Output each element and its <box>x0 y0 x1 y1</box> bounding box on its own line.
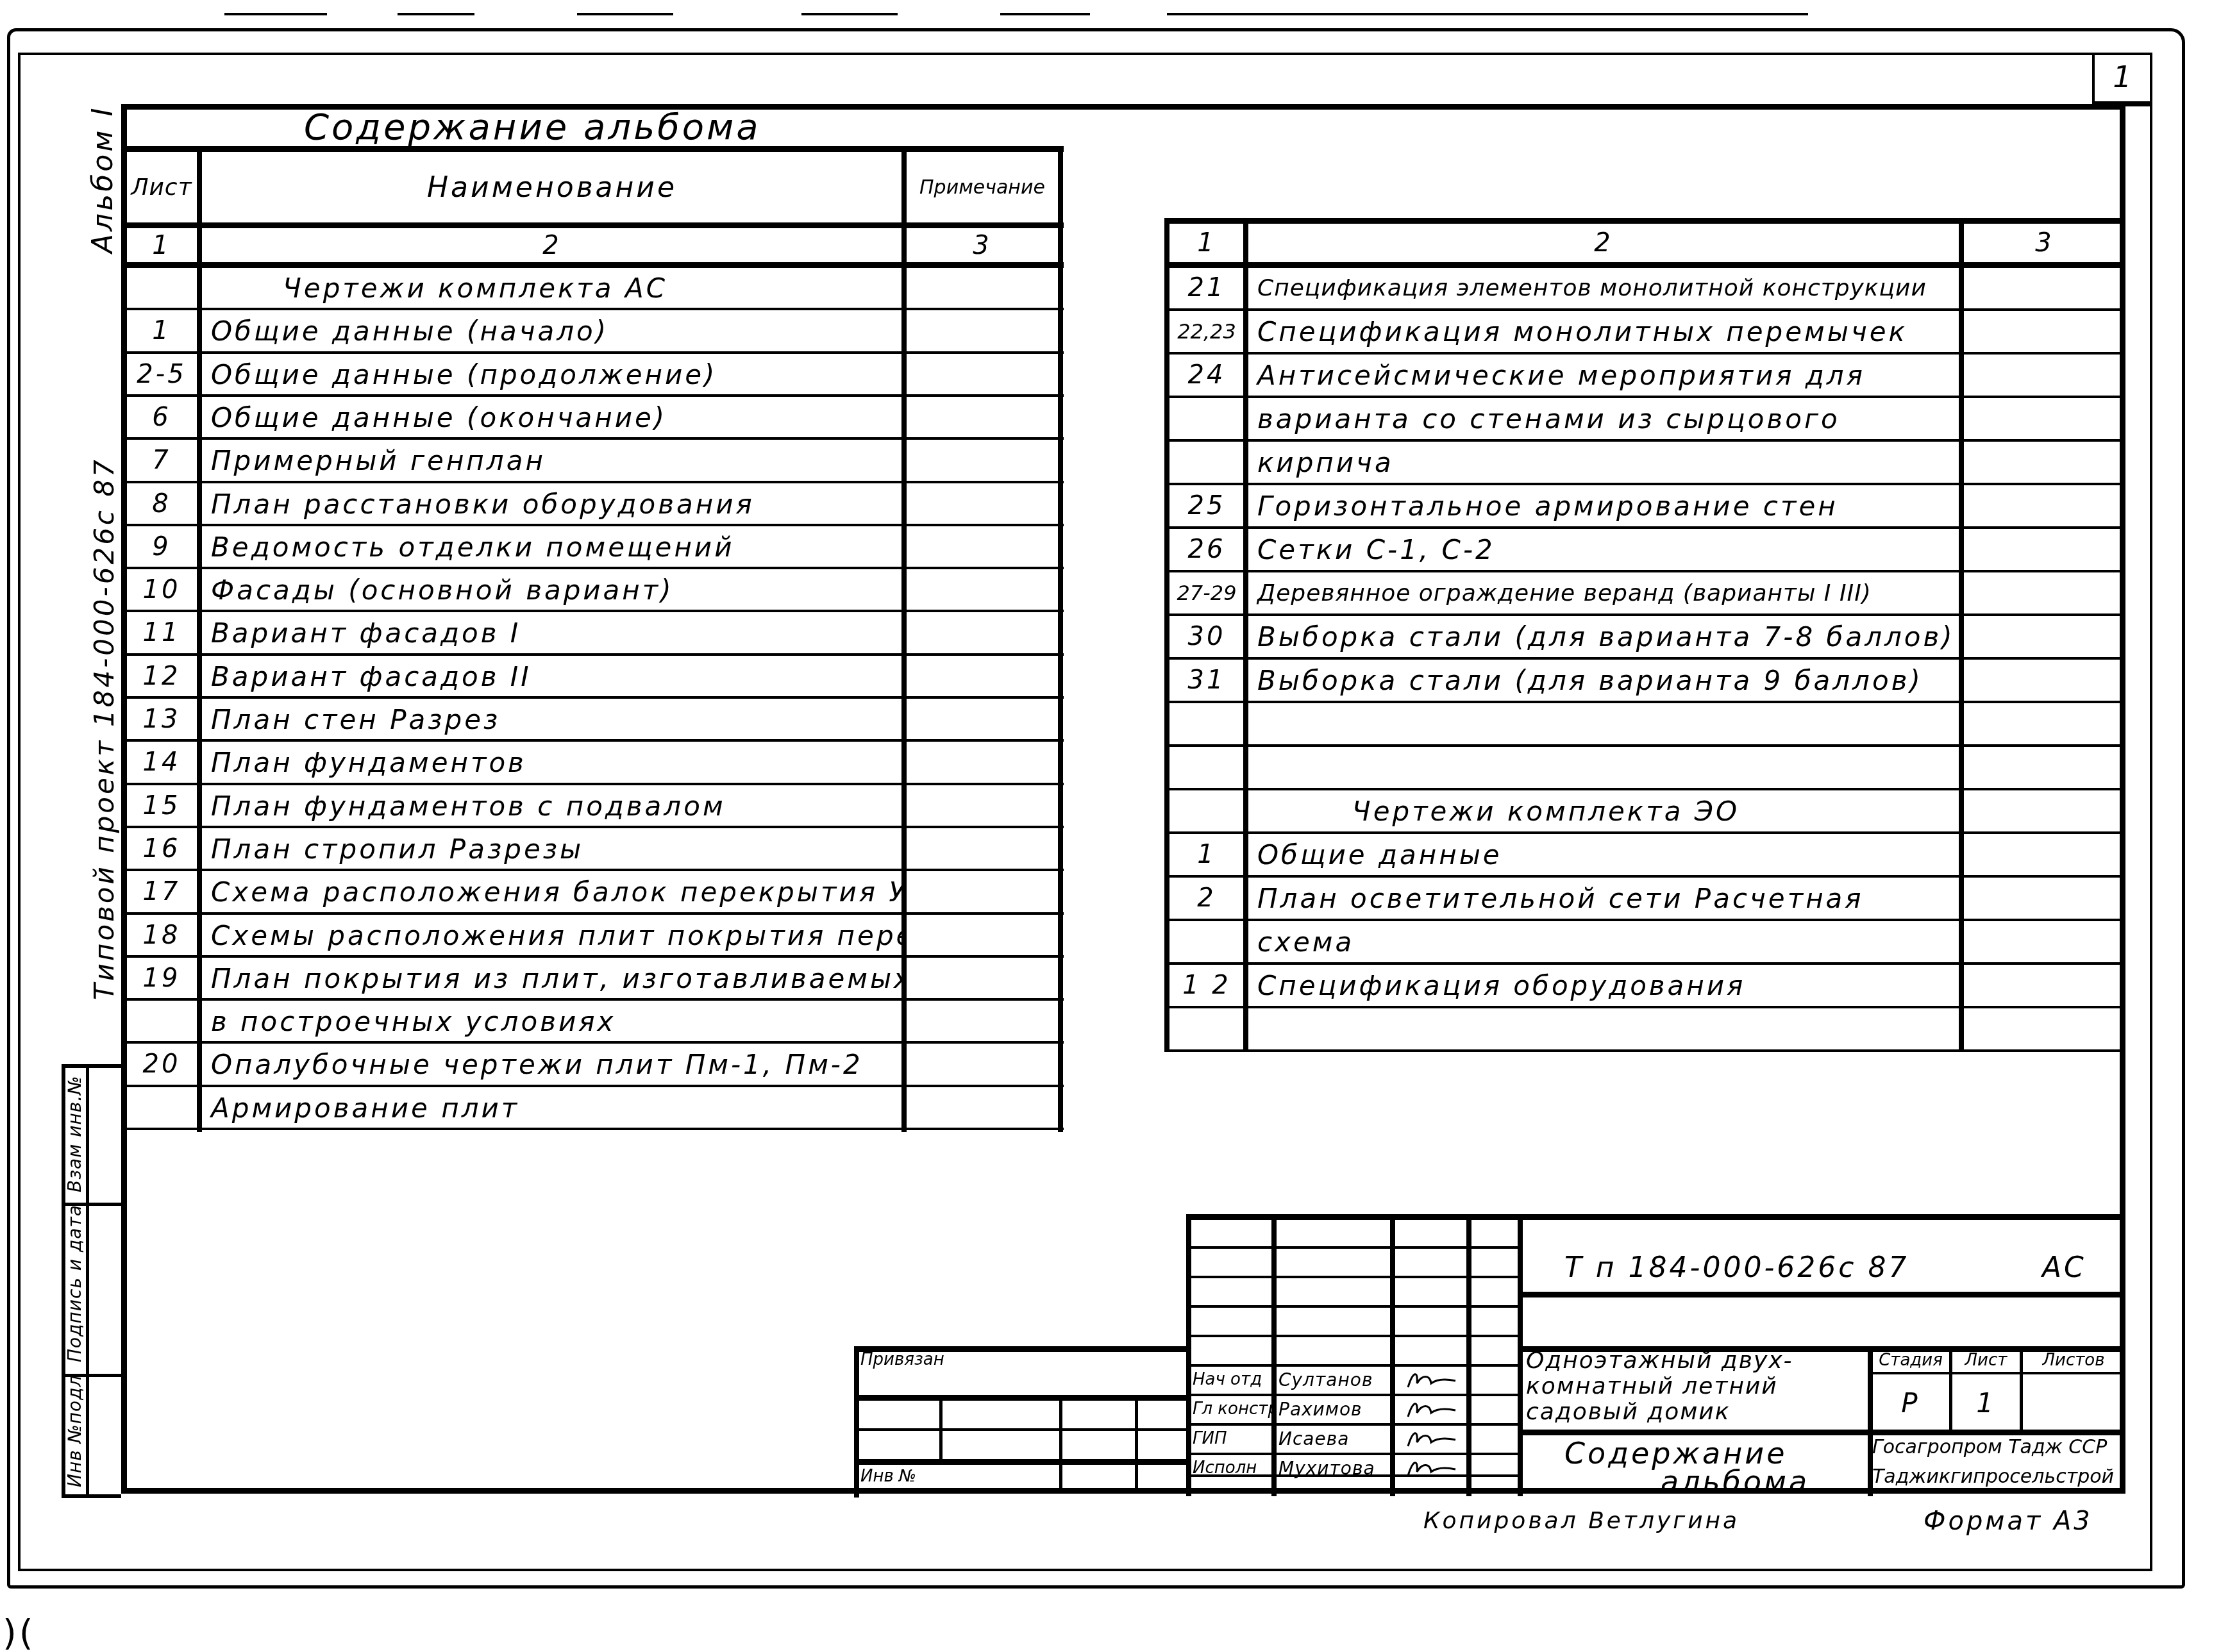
signature-mark-icon <box>1395 1454 1466 1482</box>
row-note <box>907 571 1058 609</box>
row-note <box>907 269 1058 307</box>
row-name: в построечных условиях <box>202 1002 902 1040</box>
row-note <box>907 743 1058 781</box>
row-name: Ведомость отделки помещений <box>202 528 902 566</box>
row-name: Деревянное ограждение веранд (варианты I… <box>1248 574 1959 612</box>
row-sheet: 13 <box>126 700 197 738</box>
document-designation: Т п 184-000-626с 87 <box>1564 1251 1909 1284</box>
row-name: Антисейсмические мероприятия для <box>1248 356 1959 394</box>
scan-mark <box>398 13 474 15</box>
bound-label: Привязан <box>860 1350 944 1369</box>
sheets-value <box>2023 1376 2124 1430</box>
row-name: Фасады (основной вариант) <box>202 571 902 609</box>
row-name: Армирование плит <box>202 1089 902 1127</box>
contents-title: Содержание альбома <box>295 106 872 147</box>
col-number-3: 3 <box>907 228 1058 263</box>
row-name: Выборка стали (для варианта 9 баллов) <box>1248 661 1959 699</box>
row-note <box>1964 922 2125 961</box>
row-sheet: 14 <box>126 743 197 781</box>
project-label: Типовой проект 184-000-626с 87 <box>88 457 120 1000</box>
row-note <box>1964 705 2125 743</box>
row-sheet: 1 2 <box>1169 966 1244 1005</box>
row-note <box>1964 399 2125 438</box>
row-note <box>907 700 1058 738</box>
col-number-1: 1 <box>126 228 197 263</box>
row-note <box>1964 792 2125 830</box>
row-name <box>1248 748 1959 787</box>
row-name: Вариант фасадов I <box>202 613 902 652</box>
right-col-number-2: 2 <box>1248 224 1959 262</box>
row-note <box>1964 835 2125 874</box>
row-sheet: 6 <box>126 398 197 437</box>
row-name: Сетки С-1, С-2 <box>1248 530 1959 569</box>
row-name: схема <box>1248 922 1959 961</box>
row-name: Общие данные <box>1248 835 1959 874</box>
row-sheet: 1 <box>1169 835 1244 874</box>
sheet-number-box: 1 <box>2092 53 2152 106</box>
sheet-title-line-2: альбома <box>1661 1464 1809 1499</box>
row-sheet: 19 <box>126 959 197 997</box>
row-name: Спецификация элементов монолитной констр… <box>1248 269 1959 307</box>
row-name: Спецификация монолитных перемычек <box>1248 312 1959 351</box>
row-sheet: 12 <box>126 657 197 696</box>
header-sheet: Лист <box>126 152 197 222</box>
row-name: План стропил Разрезы <box>202 830 902 868</box>
row-note <box>1964 617 2125 656</box>
row-sheet: 21 <box>1169 269 1244 307</box>
set-code: АС <box>2042 1251 2086 1284</box>
row-note <box>1964 966 2125 1005</box>
row-sheet: 1 <box>126 312 197 350</box>
row-sheet: 16 <box>126 830 197 868</box>
row-note <box>907 528 1058 566</box>
signature-mark-icon <box>1395 1395 1466 1423</box>
row-sheet <box>126 1089 197 1127</box>
row-note <box>907 959 1058 997</box>
row-name: Схемы расположения плит покрытия перемыч… <box>202 916 902 955</box>
row-sheet: 2-5 <box>126 355 197 394</box>
header-note: Примечание <box>907 152 1058 222</box>
row-name <box>1248 705 1959 743</box>
row-sheet <box>1169 443 1244 481</box>
row-note <box>907 613 1058 652</box>
row-note <box>907 1089 1058 1127</box>
scan-mark <box>1000 13 1090 15</box>
row-name: Спецификация оборудования <box>1248 966 1959 1005</box>
row-sheet <box>1169 748 1244 787</box>
signature-name: Султанов <box>1276 1365 1390 1394</box>
row-name <box>1248 1010 1959 1048</box>
row-note <box>1964 312 2125 351</box>
row-name: План расстановки оборудования <box>202 485 902 523</box>
row-sheet: 30 <box>1169 617 1244 656</box>
signature-role: ГИП <box>1190 1424 1272 1453</box>
row-name: План покрытия из плит, изготавливаемых <box>202 959 902 997</box>
row-name: варианта со стенами из сырцового <box>1248 399 1959 438</box>
row-note <box>907 355 1058 394</box>
row-sheet: 26 <box>1169 530 1244 569</box>
right-col-number-1: 1 <box>1169 224 1244 262</box>
row-note <box>907 916 1058 955</box>
signature-role: Нач отд <box>1190 1365 1272 1394</box>
row-sheet <box>1169 1010 1244 1048</box>
signature-role: Гл констр <box>1190 1395 1272 1423</box>
row-name: Примерный генплан <box>202 441 902 480</box>
row-sheet: 31 <box>1169 661 1244 699</box>
row-sheet <box>1169 399 1244 438</box>
row-note <box>1964 356 2125 394</box>
row-sheet: 27-29 <box>1169 574 1244 612</box>
sheets-header: Листов <box>2023 1349 2124 1372</box>
row-note <box>1964 269 2125 307</box>
row-sheet: 15 <box>126 787 197 825</box>
row-name: Общие данные (начало) <box>202 312 902 350</box>
signature-mark-icon <box>1395 1424 1466 1453</box>
row-note <box>907 830 1058 868</box>
stage-value: Р <box>1872 1376 1949 1430</box>
row-name: Опалубочные чертежи плит Пм-1, Пм-2 <box>202 1045 902 1083</box>
signature-mark-icon <box>1395 1365 1466 1394</box>
row-note <box>907 872 1058 911</box>
row-note <box>907 398 1058 437</box>
row-sheet <box>1169 792 1244 830</box>
row-sheet: 10 <box>126 571 197 609</box>
scan-mark <box>577 13 673 15</box>
row-name: Чертежи комплекта ЭО <box>1248 792 1959 830</box>
sheet-value: 1 <box>1952 1376 2020 1430</box>
row-note <box>1964 1010 2125 1048</box>
scan-artifact: )( <box>3 1612 36 1652</box>
row-sheet: 17 <box>126 872 197 911</box>
sheet-header: Лист <box>1952 1349 2020 1372</box>
row-note <box>1964 879 2125 917</box>
row-name: Общие данные (окончание) <box>202 398 902 437</box>
stage-header: Стадия <box>1872 1349 1949 1372</box>
row-note <box>907 485 1058 523</box>
row-note <box>1964 661 2125 699</box>
row-sheet: 25 <box>1169 487 1244 525</box>
row-name: Схема расположения балок перекрытия Узлы <box>202 872 902 911</box>
header-name: Наименование <box>202 152 902 222</box>
row-note <box>1964 487 2125 525</box>
signature-name: Рахимов <box>1276 1395 1390 1423</box>
signature-role: Исполн <box>1190 1454 1272 1482</box>
object-name-line-2: комнатный летний <box>1526 1373 1778 1399</box>
row-note <box>1964 530 2125 569</box>
organization-line-1: Госагропром Тадж ССР <box>1872 1436 2107 1458</box>
row-note <box>907 1045 1058 1083</box>
row-name: Вариант фасадов II <box>202 657 902 696</box>
signature-name: Исаева <box>1276 1424 1390 1453</box>
row-name: Чертежи комплекта АС <box>202 269 902 307</box>
row-sheet <box>1169 705 1244 743</box>
row-sheet: 9 <box>126 528 197 566</box>
row-name: Выборка стали (для варианта 7-8 баллов) <box>1248 617 1959 656</box>
row-sheet <box>1169 922 1244 961</box>
row-sheet: 8 <box>126 485 197 523</box>
object-name-line-1: Одноэтажный двух- <box>1526 1347 1793 1374</box>
signature-name: Мухитова <box>1276 1454 1390 1482</box>
row-note <box>907 312 1058 350</box>
row-note <box>1964 443 2125 481</box>
row-name: Общие данные (продолжение) <box>202 355 902 394</box>
row-sheet: 22,23 <box>1169 312 1244 351</box>
row-sheet <box>126 269 197 307</box>
row-name: План фундаментов с подвалом <box>202 787 902 825</box>
row-name: Горизонтальное армирование стен <box>1248 487 1959 525</box>
row-sheet: 18 <box>126 916 197 955</box>
row-sheet: 24 <box>1169 356 1244 394</box>
organization-line-2: Таджикгипросельстрой <box>1872 1465 2114 1488</box>
row-name: План осветительной сети Расчетная <box>1248 879 1959 917</box>
row-name: План стен Разрез <box>202 700 902 738</box>
row-sheet: 7 <box>126 441 197 480</box>
album-label: Альбом I <box>87 106 119 253</box>
row-note <box>1964 574 2125 612</box>
scan-mark <box>801 13 898 15</box>
stamp-original-inv: Инв №подл <box>64 1375 85 1487</box>
row-note <box>907 1002 1058 1040</box>
row-note <box>1964 748 2125 787</box>
object-name-line-3: садовый домик <box>1526 1399 1730 1425</box>
row-note <box>907 657 1058 696</box>
inv-number-label: Инв № <box>860 1467 916 1486</box>
row-note <box>907 441 1058 480</box>
paper-format: Формат А3 <box>1923 1506 2093 1536</box>
stamp-signature-date: Подпись и дата <box>64 1205 85 1362</box>
stamp-replaced-inv: Взам инв.№ <box>64 1076 85 1192</box>
scan-mark <box>224 13 327 15</box>
row-name: кирпича <box>1248 443 1959 481</box>
row-note <box>907 787 1058 825</box>
scan-mark <box>1167 13 1808 15</box>
col-number-2: 2 <box>202 228 902 263</box>
sheet-number: 1 <box>2095 53 2152 101</box>
row-sheet: 20 <box>126 1045 197 1083</box>
row-sheet: 11 <box>126 613 197 652</box>
copied-by: Копировал Ветлугина <box>1423 1508 1739 1534</box>
right-col-number-3: 3 <box>1964 224 2125 262</box>
row-sheet <box>126 1002 197 1040</box>
row-sheet: 2 <box>1169 879 1244 917</box>
row-name: План фундаментов <box>202 743 902 781</box>
